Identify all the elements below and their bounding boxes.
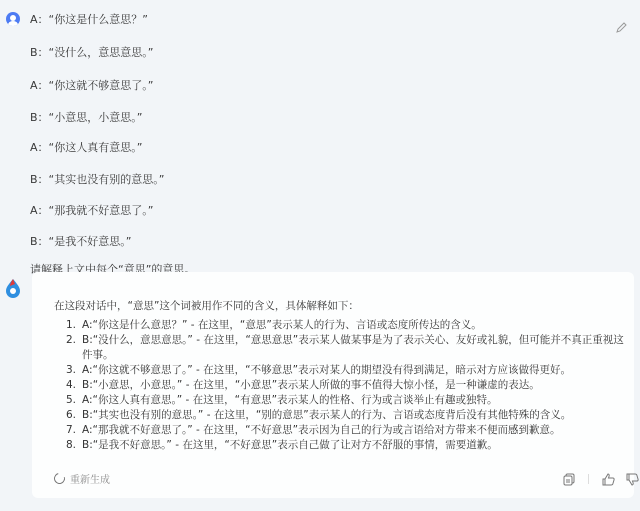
item-number: 4. — [66, 378, 82, 393]
assistant-logo-icon — [4, 278, 22, 298]
regenerate-button[interactable]: 重新生成 — [54, 471, 110, 486]
user-line: B：“其实也没有别的意思。” — [30, 173, 164, 187]
regenerate-label: 重新生成 — [70, 471, 110, 486]
user-line: A：“你这是什么意思？” — [30, 13, 148, 27]
copy-button[interactable] — [560, 470, 578, 488]
item-number: 6. — [66, 408, 82, 423]
list-item: 6.B:“其实也没有别的意思。” - 在这里，“别的意思”表示某人的行为、言语或… — [66, 408, 626, 423]
list-item: 7.A:“那我就不好意思了。” - 在这里，“不好意思”表示因为自己的行为或言语… — [66, 423, 626, 438]
user-line: A：“那我就不好意思了。” — [30, 204, 153, 218]
divider — [588, 474, 589, 484]
answer-list: 1.A:“你这是什么意思？” - 在这里，“意思”表示某人的行为、言语或态度所传… — [66, 318, 626, 453]
item-text: B:“是我不好意思。” - 在这里，“不好意思”表示自己做了让对方不舒服的事情，… — [82, 438, 626, 453]
item-text: A:“你这人真有意思。” - 在这里，“有意思”表示某人的性格、行为或言谈举止有… — [82, 393, 626, 408]
answer-intro: 在这段对话中，“意思”这个词被用作不同的含义，具体解释如下： — [54, 298, 359, 313]
answer-actions — [560, 470, 640, 488]
list-item: 5.A:“你这人真有意思。” - 在这里，“有意思”表示某人的性格、行为或言谈举… — [66, 393, 626, 408]
item-text: A:“你这就不够意思了。” - 在这里，“不够意思”表示对某人的期望没有得到满足… — [82, 363, 626, 378]
user-line: A：“你这就不够意思了。” — [30, 79, 153, 93]
assistant-answer-card: 在这段对话中，“意思”这个词被用作不同的含义，具体解释如下： 1.A:“你这是什… — [32, 272, 634, 498]
item-number: 8. — [66, 438, 82, 453]
user-avatar-icon — [6, 12, 20, 26]
item-text: A:“你这是什么意思？” - 在这里，“意思”表示某人的行为、言语或态度所传达的… — [82, 318, 626, 333]
list-item: 1.A:“你这是什么意思？” - 在这里，“意思”表示某人的行为、言语或态度所传… — [66, 318, 626, 333]
like-button[interactable] — [599, 470, 617, 488]
item-number: 3. — [66, 363, 82, 378]
item-number: 5. — [66, 393, 82, 408]
user-line: B：“没什么，意思意思。” — [30, 46, 153, 60]
item-number: 2. — [66, 333, 82, 363]
list-item: 4.B:“小意思，小意思。” - 在这里，“小意思”表示某人所做的事不值得大惊小… — [66, 378, 626, 393]
item-text: A:“那我就不好意思了。” - 在这里，“不好意思”表示因为自己的行为或言语给对… — [82, 423, 626, 438]
item-text: B:“小意思，小意思。” - 在这里，“小意思”表示某人所做的事不值得大惊小怪，… — [82, 378, 626, 393]
item-text: B:“其实也没有别的意思。” - 在这里，“别的意思”表示某人的行为、言语或态度… — [82, 408, 626, 423]
list-item: 2.B:“没什么，意思意思。” - 在这里，“意思意思”表示某人做某事是为了表示… — [66, 333, 626, 363]
refresh-icon — [52, 471, 67, 486]
thumbs-down-icon — [626, 473, 639, 486]
user-line: B：“是我不好意思。” — [30, 235, 131, 249]
copy-icon — [563, 473, 575, 486]
item-text: B:“没什么，意思意思。” - 在这里，“意思意思”表示某人做某事是为了表示关心… — [82, 333, 626, 363]
thumbs-up-icon — [602, 473, 615, 486]
list-item: 8.B:“是我不好意思。” - 在这里，“不好意思”表示自己做了让对方不舒服的事… — [66, 438, 626, 453]
list-item: 3.A:“你这就不够意思了。” - 在这里，“不够意思”表示对某人的期望没有得到… — [66, 363, 626, 378]
user-line: A：“你这人真有意思。” — [30, 141, 142, 155]
user-line: B：“小意思，小意思。” — [30, 111, 142, 125]
item-number: 1. — [66, 318, 82, 333]
item-number: 7. — [66, 423, 82, 438]
pencil-edit-icon[interactable] — [614, 20, 628, 34]
dislike-button[interactable] — [623, 470, 640, 488]
